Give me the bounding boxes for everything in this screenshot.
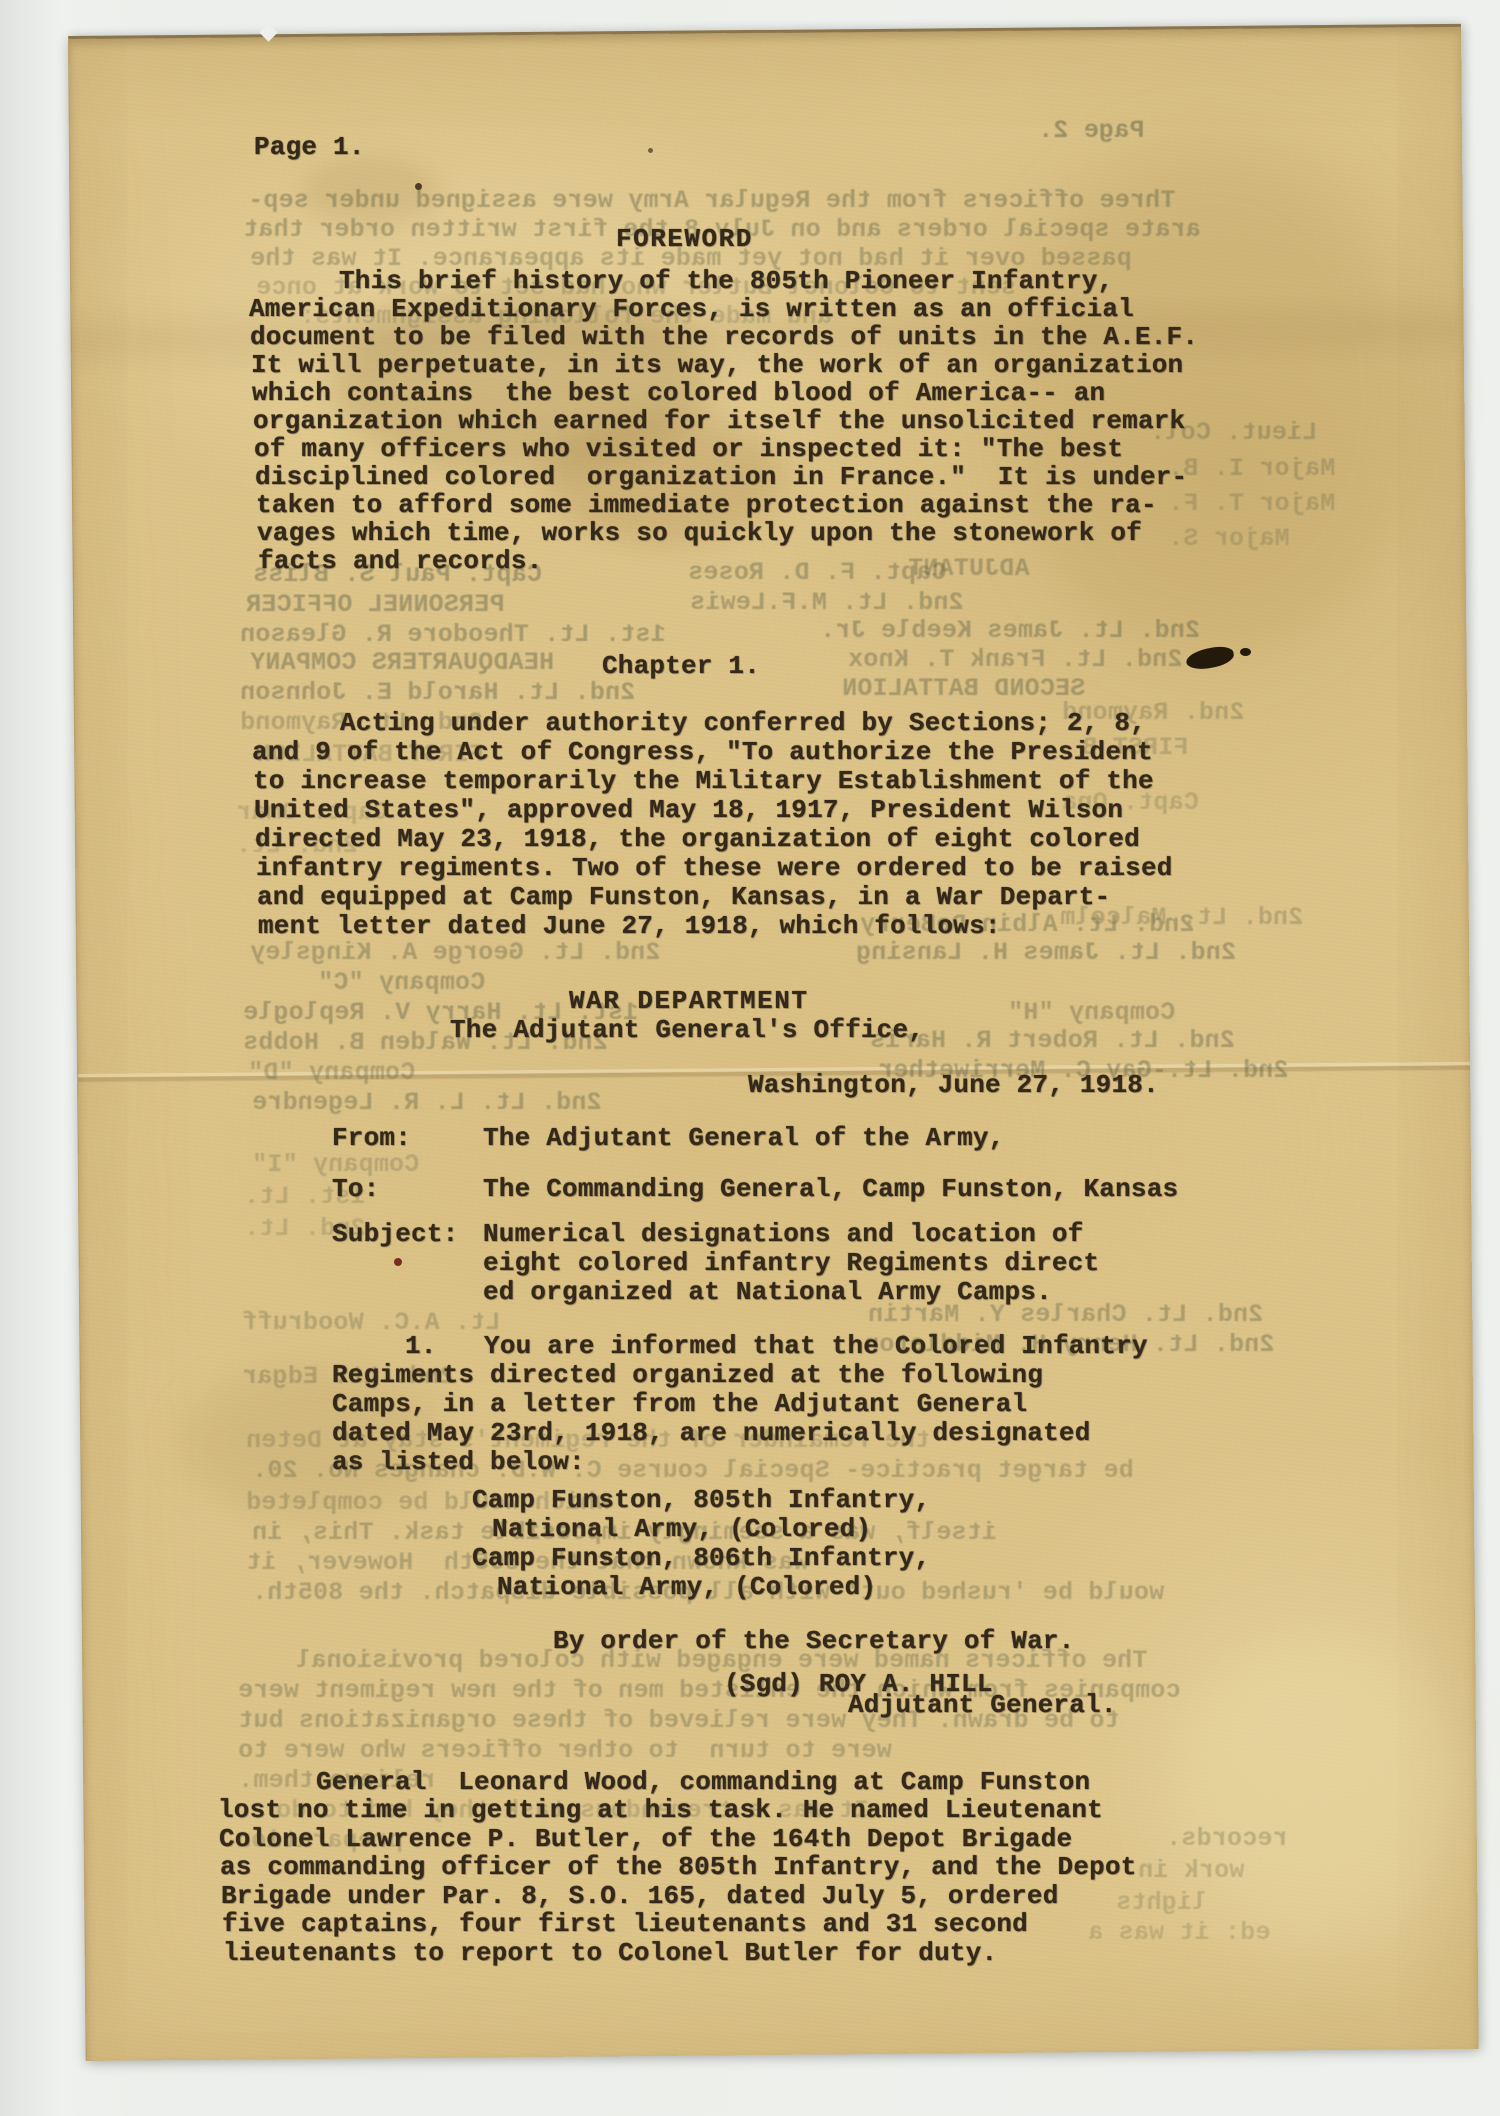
scanned-document-page: Page 2. Three officers from the Regular … [0, 0, 1500, 2116]
typewritten-line: five captains, four first lieutenants an… [222, 1911, 1028, 1937]
typewritten-line: directed May 23, 1918, the organization … [255, 826, 1140, 852]
typewritten-line: taken to afford some immediate protectio… [256, 492, 1157, 518]
subject-line: ed organized at National Army Camps. [483, 1279, 1052, 1305]
red-speck [394, 1258, 402, 1266]
ghost-text-line: 2nd. Lt. James Keeble Jr. [820, 618, 1200, 643]
typewritten-line: organization which earned for itself the… [253, 408, 1185, 434]
typewritten-line: infantry regiments. Two of these were or… [256, 855, 1173, 881]
ghost-text-line: 2nd. Lt. L. R. Legendre [252, 1090, 602, 1115]
typewritten-line: American Expeditionary Forces, is writte… [249, 296, 1134, 322]
ghost-text-line: 2nd. Lt. James H. Lansing [856, 940, 1236, 965]
signature-title: Adjutant General. [848, 1692, 1117, 1718]
chapter-heading: Chapter 1. [602, 653, 760, 679]
letter-body-line: Regiments directed organized at the foll… [332, 1362, 1043, 1388]
ghost-text-line: Company "C" [318, 970, 485, 995]
ghost-text-line: 2nd. Lt. Robert R. Haris [870, 1028, 1235, 1053]
typewritten-line: lieutenants to report to Colonel Butler … [223, 1940, 997, 1966]
ghost-text-line: records. [1166, 1826, 1288, 1851]
subject-line: Numerical designations and location of [483, 1221, 1084, 1247]
typewritten-line: and 9 of the Act of Congress, "To author… [252, 739, 1153, 765]
ghost-text-line: ed: it was a [1088, 1920, 1270, 1945]
letterhead-org: WAR DEPARTMENT [569, 988, 808, 1014]
from-value: The Adjutant General of the Army, [483, 1125, 1004, 1151]
ink-blot [1240, 648, 1251, 656]
page-number-label: Page 1. [254, 134, 365, 160]
ghost-text-line: Company "H" [1008, 1000, 1175, 1025]
to-value: The Commanding General, Camp Funston, Ka… [483, 1176, 1178, 1202]
ghost-text-line: Three officers from the Regular Army wer… [248, 188, 1175, 213]
typewritten-line: Acting under authority conferred by Sect… [340, 710, 1146, 736]
letterhead-office: The Adjutant General's Office, [450, 1017, 924, 1043]
designation-line: Camp Funston, 806th Infantry, [472, 1545, 930, 1571]
ghost-text-line: 1st. Lt. Theodore R. Gleason [240, 622, 666, 647]
typewritten-line: disciplined colored organization in Fran… [255, 464, 1187, 490]
ghost-text-line: Company "D" [248, 1060, 415, 1085]
ghost-text-line: 2nd. Lt. George A. Kingsley [250, 940, 660, 965]
ghost-text-line: were to turn to other officers who were … [238, 1738, 892, 1763]
subject-label: Subject: [332, 1221, 458, 1247]
ghost-text-line: SECOND BATTALION [842, 676, 1085, 701]
typewritten-line: Colonel Lawrence P. Butler, of the 164th… [219, 1826, 1072, 1852]
ink-speck [648, 148, 653, 153]
from-label: From: [332, 1125, 411, 1151]
closing-line: By order of the Secretary of War. [553, 1628, 1074, 1654]
typewritten-line: ment letter dated June 27, 1918, which f… [258, 913, 1001, 939]
typewritten-line: vages which time, works so quickly upon … [257, 520, 1142, 546]
letterhead-dateline: Washington, June 27, 1918. [748, 1072, 1159, 1098]
designation-line: National Army, (Colored) [492, 1516, 871, 1542]
ghost-text-line: Major S. [1168, 526, 1290, 551]
ghost-text-line: Capt. F. D. Roses [688, 560, 946, 585]
letter-body-line: Camps, in a letter from the Adjutant Gen… [332, 1391, 1027, 1417]
ghost-text-line: work in [1138, 1858, 1244, 1883]
typewritten-line: and equipped at Camp Funston, Kansas, in… [257, 884, 1110, 910]
document-title: FOREWORD [616, 226, 753, 252]
typewritten-line: This brief history of the 805th Pioneer … [339, 268, 1113, 294]
subject-line: eight colored infantry Regiments direct [483, 1250, 1099, 1276]
typewritten-line: of many officers who visited or inspecte… [254, 436, 1123, 462]
typewritten-line: lost no time in getting at his task. He … [218, 1797, 1103, 1823]
ghost-text-line: 2nd. Lt. M.F.Lewis [690, 590, 964, 615]
ink-speck [415, 183, 422, 190]
ghost-text-line: 2nd. Lt. Frank T. Knox [848, 647, 1182, 672]
ghost-text-line: lights [1116, 1890, 1207, 1915]
designation-line: Camp Funston, 805th Infantry, [472, 1487, 930, 1513]
ghost-text-line: Major I. B. [1168, 456, 1335, 481]
ghost-text-line: Major T. F. [1168, 491, 1335, 516]
typewritten-line: which contains the best colored blood of… [252, 380, 1105, 406]
ghost-text-line: PERSONNEL OFFICER [246, 592, 504, 617]
letter-body-line: 1. You are informed that the Colored Inf… [405, 1333, 1148, 1359]
ghost-text-line: 2nd. Lt. Harold E. Johnson [240, 680, 635, 705]
typewritten-line: facts and records. [258, 548, 542, 574]
to-label: To: [332, 1176, 379, 1202]
designation-line: National Army, (Colored) [497, 1574, 876, 1600]
typewritten-line: Brigade under Par. 8, S.O. 165, dated Ju… [221, 1883, 1059, 1909]
ghost-text-line: HEADQUARTERS COMPANY [250, 650, 554, 675]
typewritten-line: United States", approved May 18, 1917, P… [254, 797, 1123, 823]
typewritten-line: as commanding officer of the 805th Infan… [220, 1854, 1137, 1880]
letter-body-line: dated May 23rd, 1918, are numerically de… [332, 1420, 1091, 1446]
typewritten-line: to increase temporarily the Military Est… [253, 768, 1154, 794]
letter-body-line: as listed below: [332, 1449, 585, 1475]
typewritten-line: General Leonard Wood, commanding at Camp… [316, 1769, 1090, 1795]
stain [1163, 1627, 1466, 1950]
typewritten-line: It will perpetuate, in its way, the work… [251, 352, 1183, 378]
typewritten-line: document to be filed with the records of… [250, 324, 1198, 350]
ghost-text-line: Page 2. [1038, 118, 1144, 143]
